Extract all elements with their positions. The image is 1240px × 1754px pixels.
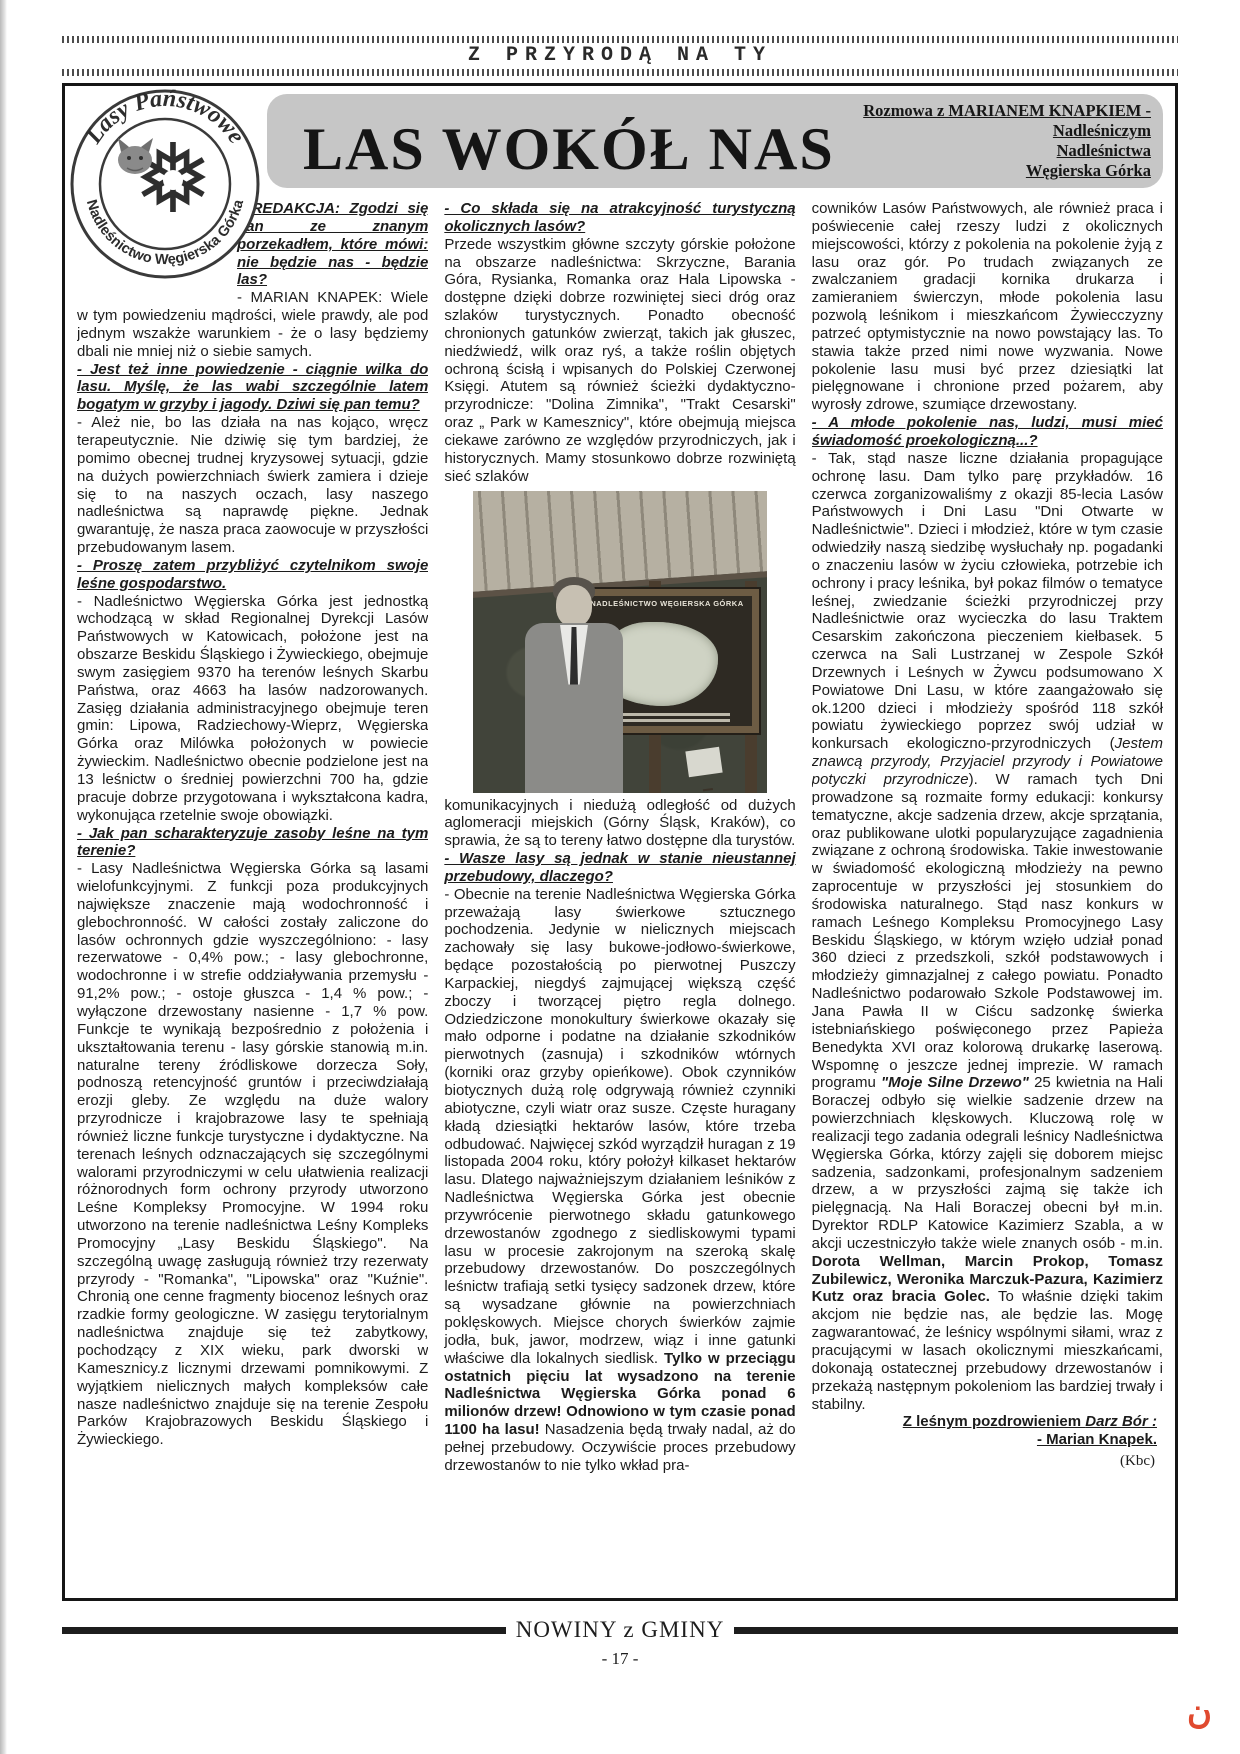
dotted-rule-top — [62, 36, 1178, 43]
forestry-logo: Lasy Państwowe Nadleśnictwo Węgierska Gó… — [69, 88, 261, 280]
text-run: - Jak pan scharakteryzuje zasoby leśne n… — [77, 825, 428, 860]
interview-kicker: Rozmowa z MARIANEM KNAPKIEM - Nadleśnicz… — [843, 101, 1151, 182]
footer-title: NOWINY z GMINY — [516, 1617, 725, 1643]
text-run: - Marian Knapek. — [1037, 1431, 1157, 1448]
answer-paragraph: Przede wszystkim główne szczyty górskie … — [444, 236, 795, 486]
answer-paragraph: - Ależ nie, bo las działa na nas kojąco,… — [77, 414, 428, 557]
column-1: - REDAKCJA: Zgodzi się pan ze znanym por… — [77, 200, 428, 1475]
forester-figure — [519, 577, 629, 793]
section-title: Z PRZYRODĄ NA TY — [62, 43, 1178, 69]
kicker-line: Rozmowa z MARIANEM KNAPKIEM - — [843, 101, 1151, 121]
question-paragraph: - Wasze lasy są jednak w stanie nieustan… — [444, 850, 795, 886]
text-run: Z leśnym pozdrowieniem — [903, 1413, 1086, 1430]
text-run: To właśnie dzięki takim akcjom nie będzi… — [812, 1288, 1163, 1412]
headline-bar: LAS WOKÓŁ NAS Rozmowa z MARIANEM KNAPKIE… — [267, 94, 1163, 188]
question-paragraph: - A młode pokolenie nas, ludzi, musi mie… — [812, 414, 1163, 450]
interview-photo: NADLEŚNICTWO WĘGIERSKA GÓRKA — [473, 491, 767, 793]
text-run: komunikacyjnych i niedużą odległość od d… — [444, 797, 795, 850]
article-box: LAS WOKÓŁ NAS Rozmowa z MARIANEM KNAPKIE… — [62, 83, 1178, 1601]
page-footer: NOWINY z GMINY — [62, 1617, 1178, 1643]
text-run: cowników Lasów Państwowych, ale również … — [812, 200, 1163, 413]
answer-paragraph: cowników Lasów Państwowych, ale również … — [812, 200, 1163, 414]
text-run: ). W ramach tych Dni prowadzone są rozma… — [812, 771, 1163, 1091]
text-run: - REDAKCJA: Zgodzi się pan ze znanym por… — [237, 200, 428, 288]
answer-paragraph: - Nadleśnictwo Węgierska Górka jest jedn… — [77, 593, 428, 825]
question-paragraph: - Co składa się na atrakcyjność turystyc… — [444, 200, 795, 236]
text-run-bold-italic: "Moje Silne Drzewo" — [881, 1074, 1029, 1091]
text-run: - Proszę zatem przybliżyć czytelnikom sw… — [77, 557, 428, 592]
small-sign-stand — [685, 746, 722, 776]
text-run: - Ależ nie, bo las działa na nas kojąco,… — [77, 414, 428, 556]
dotted-rule-bottom — [62, 69, 1178, 76]
answer-paragraph: - Tak, stąd nasze liczne działania propa… — [812, 450, 1163, 1414]
column-3: cowników Lasów Państwowych, ale również … — [812, 200, 1163, 1475]
answer-paragraph: - Obecnie na terenie Nadleśnictwa Węgier… — [444, 886, 795, 1475]
article-columns: - REDAKCJA: Zgodzi się pan ze znanym por… — [77, 200, 1163, 1475]
footer-rule-left — [62, 1627, 506, 1634]
page-header: Z PRZYRODĄ NA TY — [62, 36, 1178, 76]
kicker-line: Nadleśnictwa — [843, 141, 1151, 161]
signoff-signature: - Marian Knapek. — [812, 1431, 1163, 1449]
kicker-line: Węgierska Górka — [843, 161, 1151, 181]
answer-paragraph: - Lasy Nadleśnictwa Węgierska Górka są l… — [77, 860, 428, 1449]
text-run: 25 kwietnia na Hali Boraczej odbyło się … — [812, 1074, 1163, 1252]
article-title: LAS WOKÓŁ NAS — [303, 103, 843, 179]
signoff-line: Z leśnym pozdrowieniem Darz Bór : — [812, 1413, 1163, 1431]
text-run: Przede wszystkim główne szczyty górskie … — [444, 236, 795, 485]
footer-rule-right — [734, 1627, 1178, 1634]
text-run: - Co składa się na atrakcyjność turystyc… — [444, 200, 795, 235]
column-2: - Co składa się na atrakcyjność turystyc… — [444, 200, 795, 1475]
answer-paragraph: komunikacyjnych i niedużą odległość od d… — [444, 797, 795, 851]
question-paragraph: - Jak pan scharakteryzuje zasoby leśne n… — [77, 825, 428, 861]
author-credit: (Kbc) — [812, 1449, 1163, 1471]
text-run: - Lasy Nadleśnictwa Węgierska Górka są l… — [77, 860, 428, 1448]
text-run: - A młode pokolenie nas, ludzi, musi mie… — [812, 414, 1163, 449]
text-run: - Obecnie na terenie Nadleśnictwa Węgier… — [444, 886, 795, 1367]
figure-head — [556, 585, 592, 627]
red-watermark-glyph: ن — [1187, 1692, 1212, 1732]
scan-edge-shadow — [0, 0, 7, 1754]
kicker-line: Nadleśniczym — [843, 121, 1151, 141]
forestry-logo-seal: Lasy Państwowe Nadleśnictwo Węgierska Gó… — [69, 88, 261, 280]
newspaper-page: Z PRZYRODĄ NA TY LAS WOKÓŁ NAS Rozmowa z… — [0, 0, 1240, 1754]
page-number: - 17 - — [0, 1649, 1240, 1669]
text-run-bold-italic: Darz Bór : — [1085, 1413, 1157, 1430]
text-run: - Tak, stąd nasze liczne działania propa… — [812, 450, 1163, 753]
text-run: - Wasze lasy są jednak w stanie nieustan… — [444, 850, 795, 885]
question-paragraph: - Jest też inne powiedzenie - ciągnie wi… — [77, 361, 428, 415]
text-run: - Nadleśnictwo Węgierska Górka jest jedn… — [77, 593, 428, 824]
question-paragraph: - Proszę zatem przybliżyć czytelnikom sw… — [77, 557, 428, 593]
text-run: - Jest też inne powiedzenie - ciągnie wi… — [77, 361, 428, 414]
